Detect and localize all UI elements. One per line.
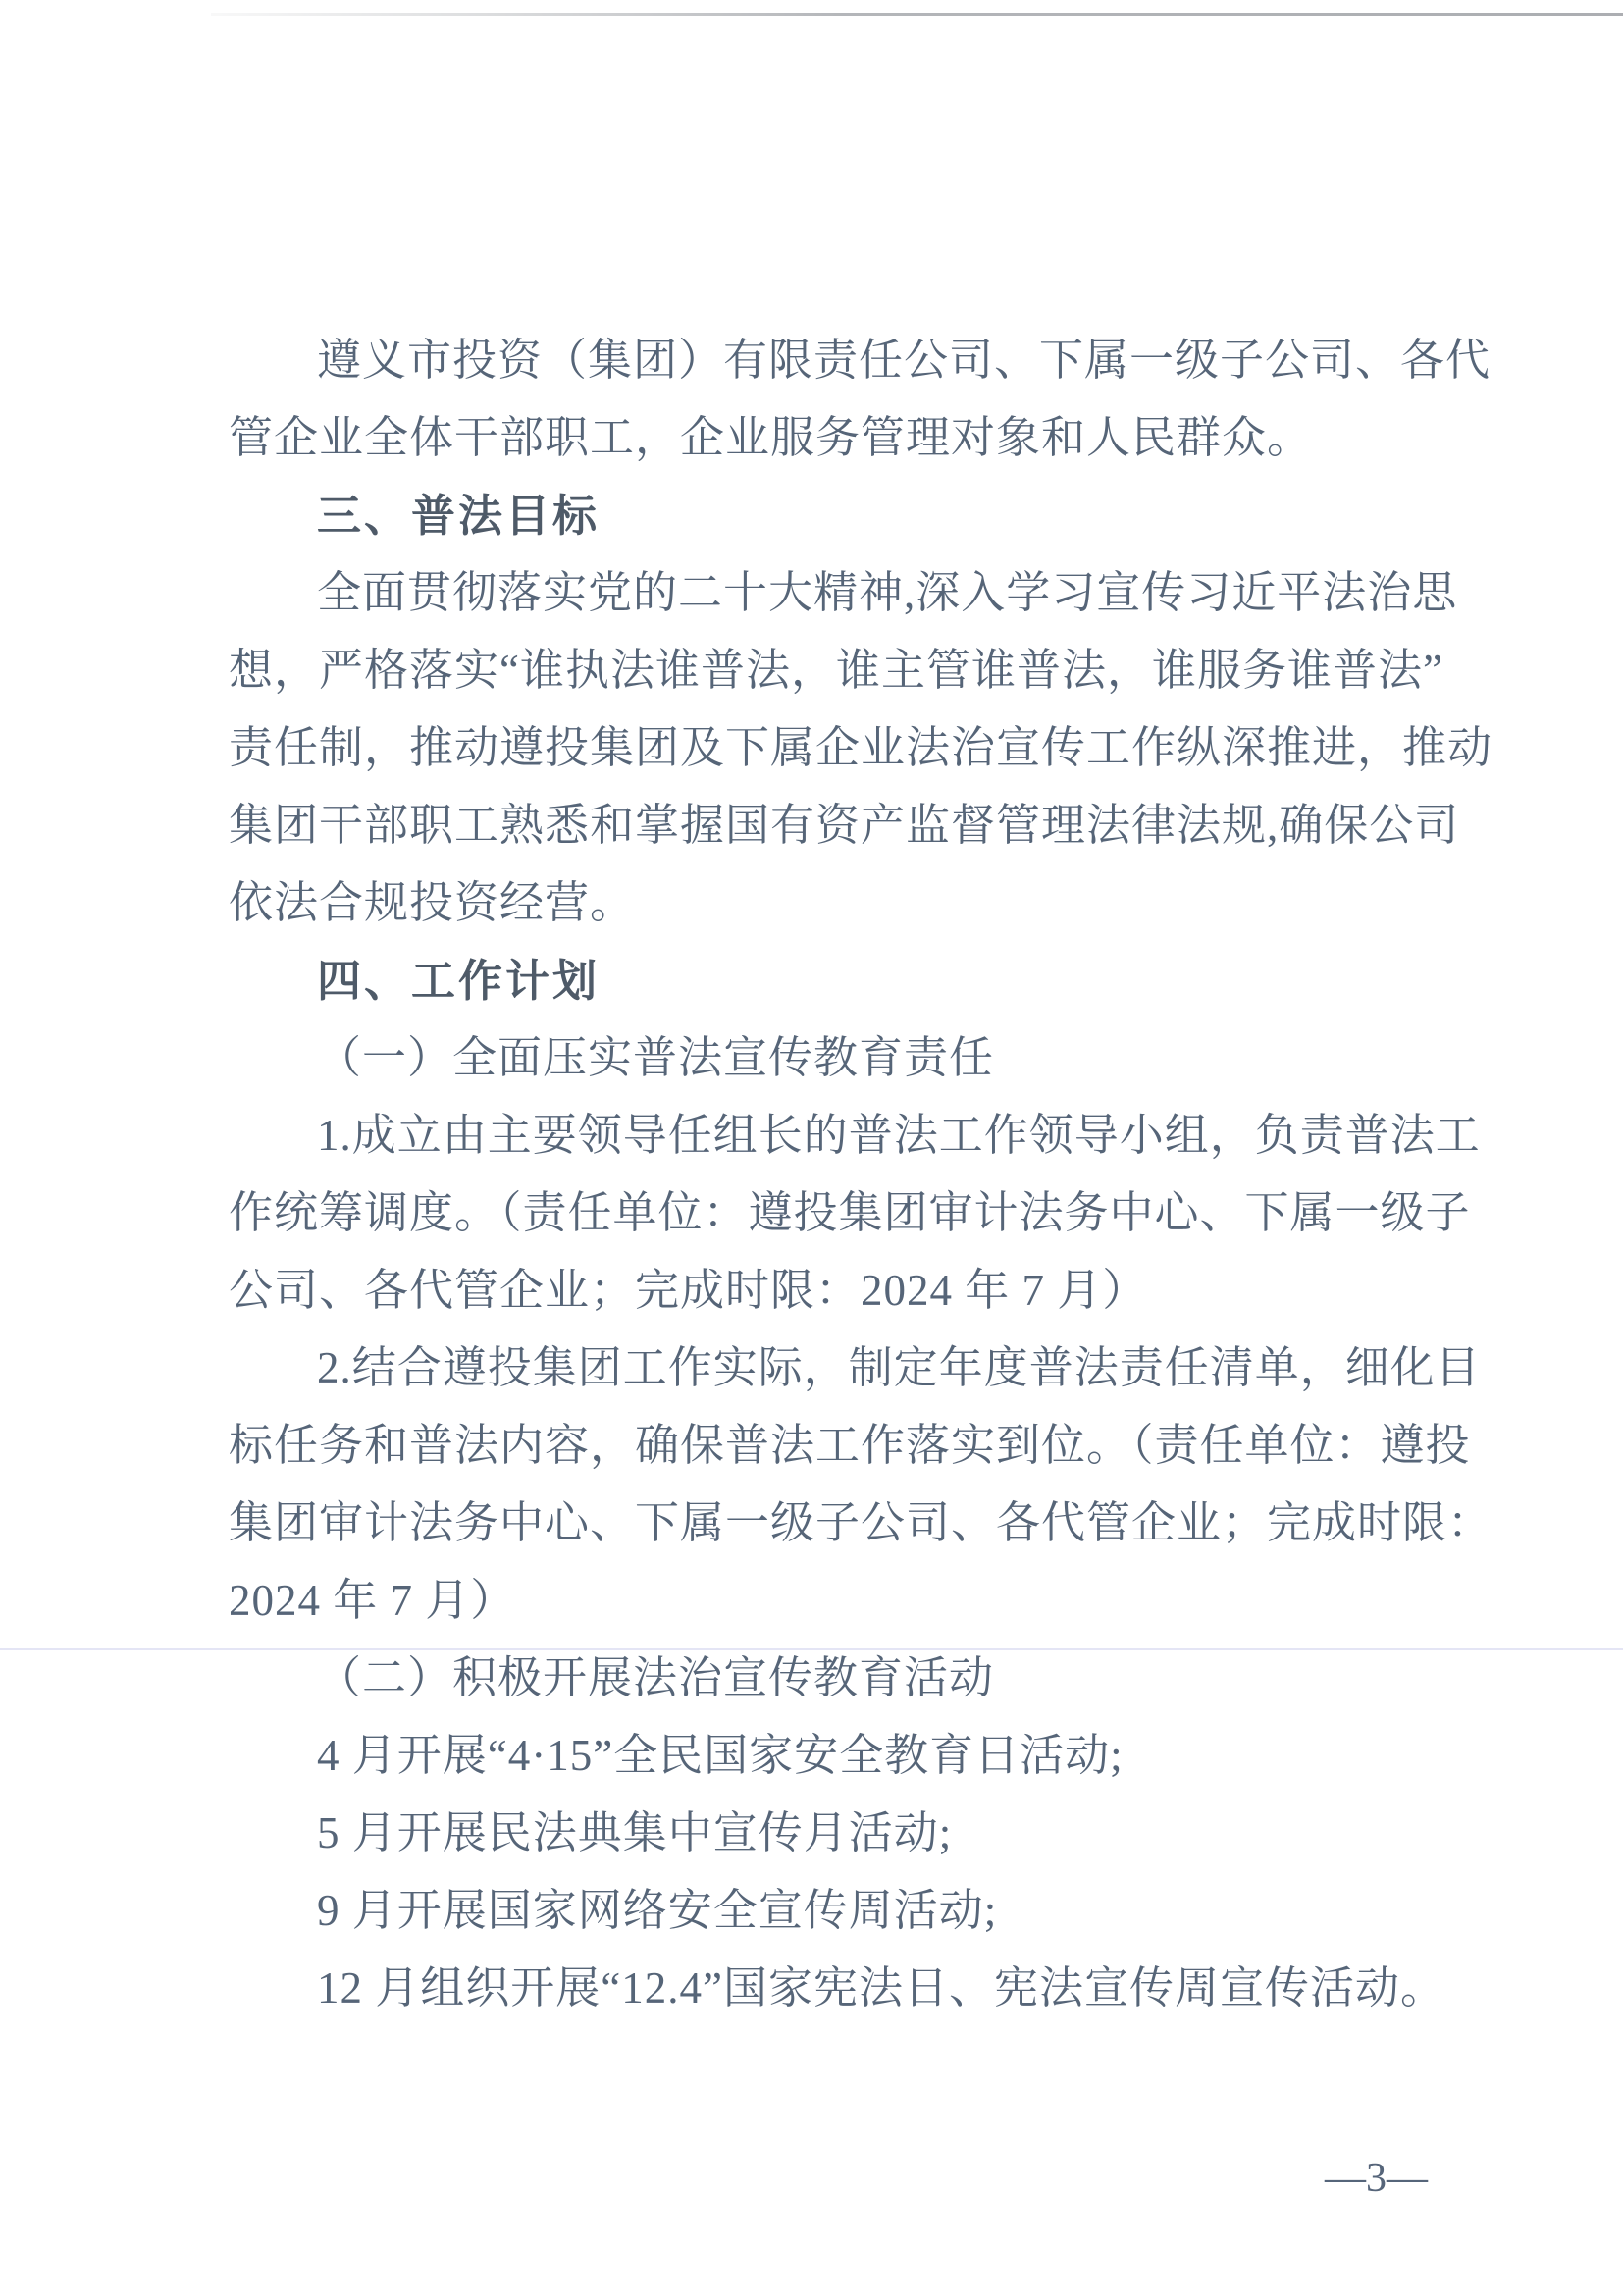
text-line: 全面贯彻落实党的二十大精神,深入学习宣传习近平法治思 <box>229 554 1451 632</box>
text-line: 责任制，推动遵投集团及下属企业法治宣传工作纵深推进，推动 <box>229 709 1451 787</box>
text-line: 4 月开展“4·15”全民国家安全教育日活动; <box>229 1717 1451 1795</box>
text-line: 作统筹调度。（责任单位：遵投集团审计法务中心、下属一级子 <box>229 1174 1451 1252</box>
document-body: 遵义市投资（集团）有限责任公司、下属一级子公司、各代 管企业全体干部职工，企业服… <box>229 322 1451 2027</box>
text-line: 管企业全体干部职工，企业服务管理对象和人民群众。 <box>229 399 1451 477</box>
section-heading-4: 四、工作计划 <box>229 942 1451 1019</box>
text-line: 标任务和普法内容，确保普法工作落实到位。（责任单位：遵投 <box>229 1407 1451 1485</box>
text-line: 遵义市投资（集团）有限责任公司、下属一级子公司、各代 <box>229 322 1451 399</box>
text-line: 2024 年 7 月） <box>229 1562 1451 1640</box>
text-line: 1.成立由主要领导任组长的普法工作领导小组，负责普法工 <box>229 1097 1451 1174</box>
text-line: 5 月开展民法典集中宣传月活动; <box>229 1795 1451 1872</box>
text-line: 集团干部职工熟悉和掌握国有资产监督管理法律法规,确保公司 <box>229 787 1451 864</box>
subsection-heading-2: （二）积极开展法治宣传教育活动 <box>229 1640 1451 1717</box>
text-line: 依法合规投资经营。 <box>229 864 1451 942</box>
section-heading-3: 三、普法目标 <box>229 477 1451 554</box>
page-number: —3— <box>1325 2155 1428 2202</box>
subsection-heading-1: （一）全面压实普法宣传教育责任 <box>229 1019 1451 1097</box>
scan-artifact-line-top <box>211 13 1623 16</box>
text-line: 2.结合遵投集团工作实际，制定年度普法责任清单，细化目 <box>229 1330 1451 1407</box>
text-line: 12 月组织开展“12.4”国家宪法日、宪法宣传周宣传活动。 <box>229 1950 1451 2027</box>
document-page: 遵义市投资（集团）有限责任公司、下属一级子公司、各代 管企业全体干部职工，企业服… <box>0 0 1623 2296</box>
text-line: 9 月开展国家网络安全宣传周活动; <box>229 1872 1451 1950</box>
text-line: 想，严格落实“谁执法谁普法，谁主管谁普法，谁服务谁普法” <box>229 632 1451 709</box>
text-line: 公司、各代管企业；完成时限：2024 年 7 月） <box>229 1252 1451 1330</box>
text-line: 集团审计法务中心、下属一级子公司、各代管企业；完成时限： <box>229 1485 1451 1562</box>
